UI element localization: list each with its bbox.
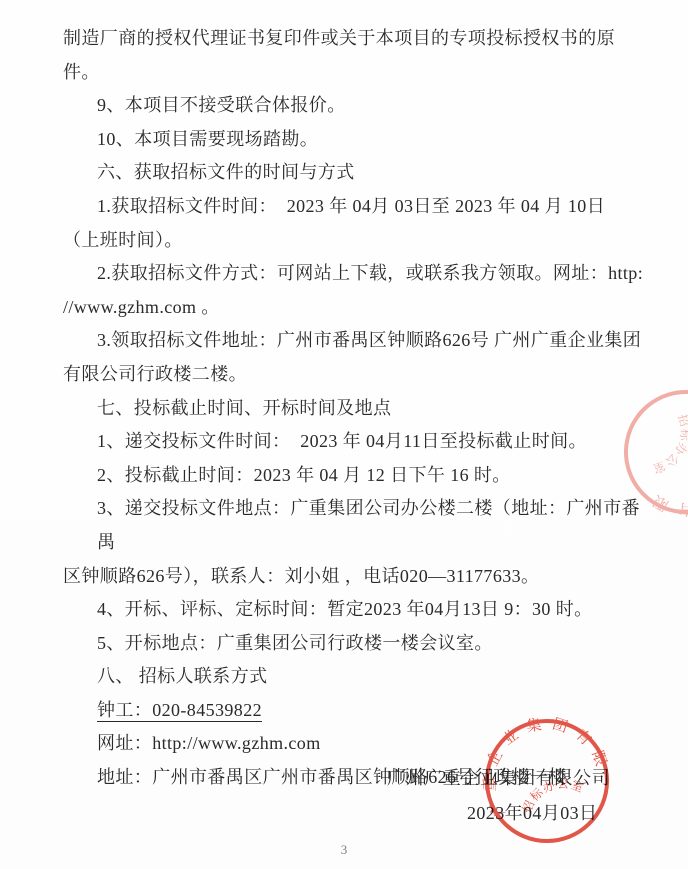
- text-line: 1.获取招标文件时间： 2023 年 04月 03日至 2023 年 04 月 …: [97, 190, 650, 224]
- section-heading: 八、 招标人联系方式: [97, 660, 650, 694]
- contact-phone-line: 钟工：020-84539822: [97, 694, 276, 728]
- text-line: 1、递交投标文件时间： 2023 年 04月11日至投标截止时间。: [97, 425, 650, 459]
- section-heading: 七、投标截止时间、开标时间及地点: [97, 392, 650, 426]
- signature-date: 2023年04月03日: [467, 799, 597, 825]
- text-line: 区钟顺路626号），联系人：刘小姐 ，电话020—31177633。: [63, 560, 650, 594]
- seal-department-text: 招标办公室: [646, 407, 688, 485]
- text-line: （上班时间）。: [63, 224, 650, 258]
- svg-text:招标办公室: 招标办公室: [646, 407, 688, 485]
- contact-website-line: 网址：http://www.gzhm.com: [97, 727, 650, 761]
- text-line: 3.领取招标文件地址：广州市番禺区钟顺路626号 广州广重企业集团: [97, 324, 650, 358]
- body-text: 制造厂商的授权代理证书复印件或关于本项目的专项投标授权书的原件。 9、本项目不接…: [63, 22, 650, 795]
- document-page: 制造厂商的授权代理证书复印件或关于本项目的专项投标授权书的原件。 9、本项目不接…: [0, 0, 688, 869]
- text-line: //www.gzhm.com 。: [63, 291, 650, 325]
- page-number: 3: [0, 842, 688, 858]
- text-line: 有限公司行政楼二楼。: [63, 358, 650, 392]
- text-line: 制造厂商的授权代理证书复印件或关于本项目的专项投标授权书的原件。: [63, 22, 650, 89]
- text-line: 2、投标截止时间：2023 年 04 月 12 日下午 16 时。: [97, 459, 650, 493]
- signature-company: 广州广重企业集团有限公司: [387, 764, 610, 790]
- section-heading: 六、获取招标文件的时间与方式: [97, 156, 650, 190]
- text-line: 10、本项目需要现场踏勘。: [97, 123, 650, 157]
- text-line: 4、开标、评标、定标时间：暂定2023 年04月13日 9：30 时。: [97, 593, 650, 627]
- text-line: 2.获取招标文件方式：可网站上下载，或联系我方领取。网址：http:: [97, 257, 650, 291]
- text-line: 5、开标地点：广重集团公司行政楼一楼会议室。: [97, 627, 650, 661]
- text-line: 9、本项目不接受联合体报价。: [97, 89, 650, 123]
- text-line: 3、递交投标文件地点：广重集团公司办公楼二楼（地址：广州市番禺: [97, 492, 650, 559]
